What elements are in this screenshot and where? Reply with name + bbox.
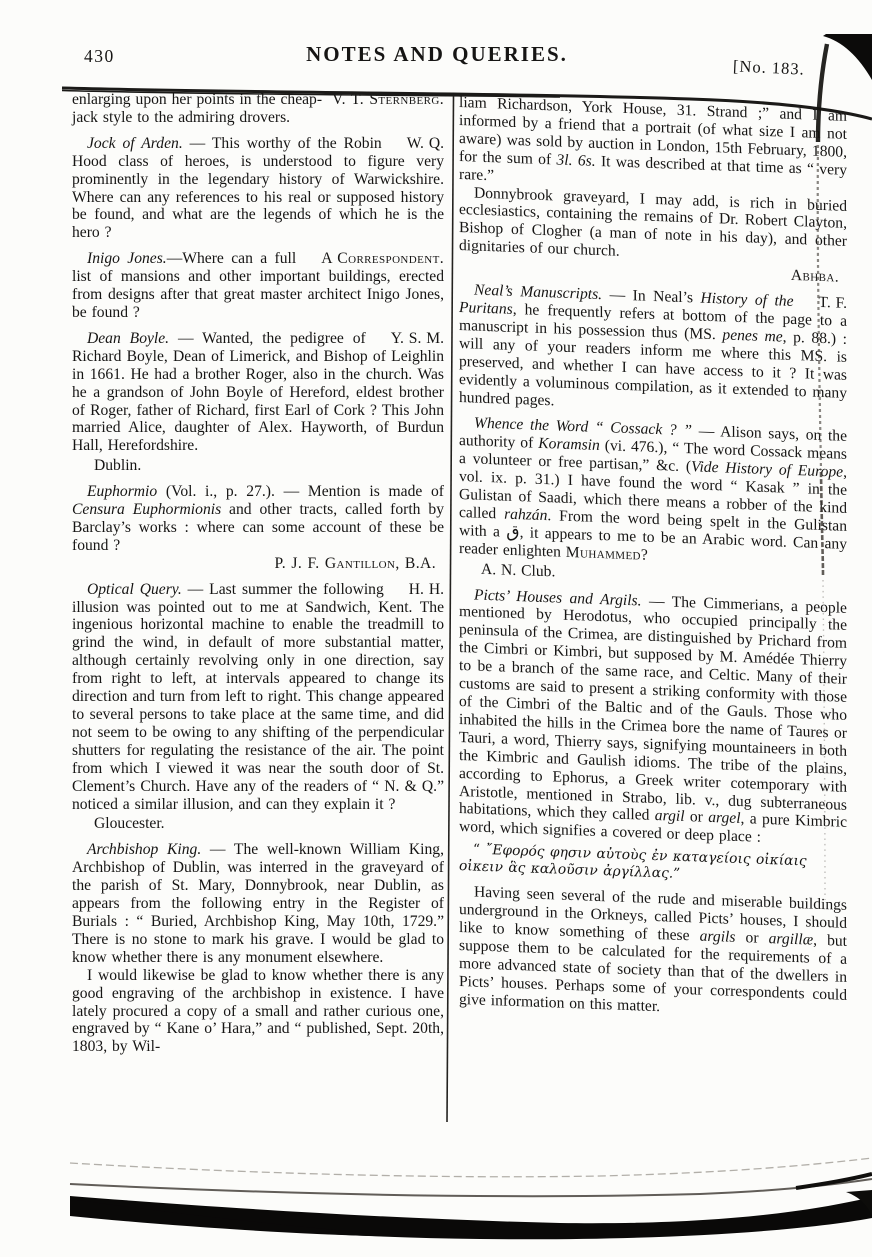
text-segment: Dublin. — [94, 457, 141, 474]
text-segment: Dean Boyle. — [87, 330, 169, 347]
text-segment: Archbishop King. — [87, 841, 201, 858]
page-title: NOTES AND QUERIES. — [306, 42, 568, 67]
bottom-scan-line — [70, 1158, 872, 1177]
signature: A Correspondent. — [296, 250, 444, 268]
text-segment: Donnybrook graveyard, I may add, is rich… — [459, 184, 847, 260]
issue-number: [No. 183. — [733, 56, 806, 79]
left-column: V. T. Sternberg.enlarging upon her point… — [72, 91, 444, 1056]
query-archbishop-king-2: I would likewise be glad to know whether… — [72, 967, 444, 1057]
signature: V. T. Sternberg. — [322, 91, 444, 109]
query-dean-boyle: Y. S. M.Dean Boyle. — Wanted, the pedigr… — [72, 330, 444, 455]
text-segment: argils — [700, 928, 736, 946]
text-segment: or — [685, 809, 709, 827]
place-line-gloucester: Gloucester. — [72, 815, 444, 833]
signature: T. F. — [794, 293, 848, 313]
query-euphormio: Euphormio (Vol. i., p. 27.). — Mention i… — [72, 483, 444, 555]
text-segment: (Vol. i., p. 27.). — Mention is made of — [157, 483, 444, 500]
signature: H. H. — [384, 581, 444, 599]
text-segment: Optical Query. — [87, 581, 182, 598]
scanned-page: 430 NOTES AND QUERIES. [No. 183. V. T. S… — [0, 0, 872, 1257]
text-segment: argil — [655, 807, 685, 825]
signature: Y. S. M. — [366, 330, 444, 348]
query-inigo-jones: A Correspondent.Inigo Jones.—Where can a… — [72, 250, 444, 322]
text-segment: ῎Εφορός φησιν αὐτοὺς ἐν καταγείοις οἰκία… — [459, 842, 807, 882]
query-archbishop-king: Archbishop King. — The well-known Willia… — [72, 841, 444, 966]
text-segment: penes me — [722, 326, 782, 345]
text-segment: Euphormio — [87, 483, 157, 500]
signature: P. J. F. Gantillon, B.A. — [72, 555, 444, 573]
text-segment: Jock of Arden. — [87, 135, 183, 152]
place-line-dublin: Dublin. — [72, 457, 444, 475]
text-segment: I would likewise be glad to know whether… — [72, 967, 444, 1056]
text-segment: “ — [473, 842, 485, 858]
text-segment: A. N. Club. — [481, 560, 555, 580]
query-jock-of-arden: W. Q.Jock of Arden. — This worthy of the… — [72, 135, 444, 242]
paragraph-having-seen: Having seen several of the rude and mise… — [459, 883, 847, 1022]
text-segment: argel — [708, 809, 740, 827]
paragraph-donnybrook: Donnybrook graveyard, I may add, is rich… — [459, 184, 847, 270]
text-segment: argillæ — [769, 930, 813, 949]
query-optical: H. H.Optical Query. — Last summer the fo… — [72, 581, 444, 814]
book-edge-band — [70, 1196, 872, 1239]
greek-quotation: “ ῎Εφορός φησιν αὐτοὺς ἐν καταγείοις οἰκ… — [459, 841, 847, 889]
signature: W. Q. — [382, 135, 444, 153]
text-segment: — The Cimmerians, a people mentioned by … — [459, 592, 847, 824]
text-segment: — The well-known William King, Archbisho… — [72, 841, 444, 965]
text-segment: Censura Euphormionis — [72, 501, 221, 518]
text-segment: Gloucester. — [94, 815, 165, 832]
page-curl — [823, 34, 872, 80]
query-neals-manuscripts: T. F.Neal’s Manuscripts. — In Neal’s His… — [459, 281, 847, 420]
text-segment: Inigo Jones. — [87, 250, 167, 267]
query-picts-houses: Picts’ Houses and Argils. — The Cimmeria… — [459, 586, 847, 851]
right-column: liam Richardson, York House, 31. Strand … — [459, 94, 847, 1022]
continuation-richardson: liam Richardson, York House, 31. Strand … — [459, 94, 847, 197]
text-segment: ق — [506, 522, 519, 542]
text-segment: — Wanted, the pedigree of Richard Boyle,… — [72, 330, 444, 454]
text-segment: — Last summer the following illusion was… — [72, 581, 444, 813]
text-segment: Muhammed — [566, 544, 641, 564]
text-segment: enlarging upon her points in the cheap-j… — [72, 91, 322, 126]
page-number: 430 — [84, 46, 115, 67]
column-divider — [447, 96, 454, 1122]
query-cossack: Whence the Word “ Cossack ? ” — Alison s… — [459, 414, 847, 571]
text-segment: Koramsin — [538, 435, 600, 454]
text-segment: 3l. 6s. — [557, 151, 596, 169]
text-segment: or — [735, 929, 768, 947]
continuation-paragraph: V. T. Sternberg.enlarging upon her point… — [72, 91, 444, 127]
text-segment: ? — [641, 546, 648, 563]
